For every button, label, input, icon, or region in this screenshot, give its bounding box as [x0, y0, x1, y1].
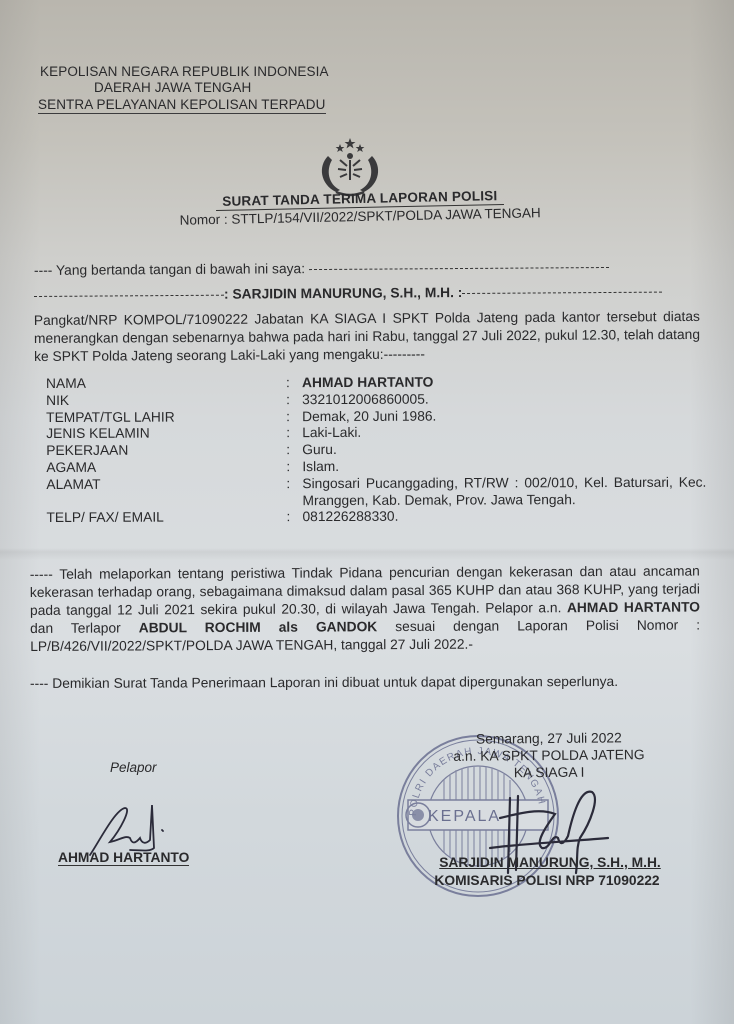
report-paragraph: ----- Telah melaporkan tentang peristiwa… — [30, 562, 700, 656]
letterhead-unit: SENTRA PELAYANAN KEPOLISAN TERPADU — [38, 97, 326, 114]
identity-row: ALAMAT:Singosari Pucanggading, RT/RW : 0… — [46, 474, 706, 510]
identity-label: TELP/ FAX/ EMAIL — [46, 510, 286, 528]
letterhead-region: DAERAH JAWA TENGAH — [94, 80, 251, 95]
letterhead-institution: KEPOLISAN NEGARA REPUBLIK INDONESIA — [40, 64, 329, 79]
report-text: dan Terlapor — [30, 620, 139, 636]
identity-value: 3321012006860005. — [302, 390, 706, 408]
intro-lead: ---- Yang bertanda tangan di bawah ini s… — [34, 261, 305, 278]
reporter-name: AHMAD HARTANTO — [567, 599, 700, 615]
identity-table: NAMA:AHMAD HARTANTONIK:3321012006860005.… — [46, 374, 707, 527]
identity-value: Demak, 20 Juni 1986. — [302, 407, 706, 425]
identity-value: Laki-Laki. — [302, 424, 706, 442]
document-heading: SURAT TANDA TERIMA LAPORAN POLISI Nomor … — [150, 186, 571, 229]
identity-label: JENIS KELAMIN — [46, 426, 286, 444]
identity-value: Islam. — [302, 458, 706, 476]
identity-colon: : — [286, 392, 302, 409]
identity-row: TELP/ FAX/ EMAIL:081226288330. — [46, 508, 706, 527]
reported-name: ABDUL ROCHIM als GANDOK — [139, 619, 378, 635]
identity-label: NIK — [46, 392, 286, 410]
dashed-fill — [34, 295, 224, 297]
identity-label: NAMA — [46, 375, 286, 393]
intro-paragraph: Pangkat/NRP KOMPOL/71090222 Jabatan KA S… — [34, 308, 700, 366]
identity-label: ALAMAT — [46, 476, 286, 510]
identity-colon: : — [286, 442, 302, 459]
identity-colon: : — [286, 375, 302, 392]
closing-statement: ---- Demikian Surat Tanda Penerimaan Lap… — [30, 673, 690, 693]
identity-value: AHMAD HARTANTO — [302, 374, 706, 392]
on-behalf-of: a.n. KA SPKT POLDA JATENG — [414, 746, 684, 765]
identity-value: 081226288330. — [302, 508, 706, 526]
dashed-fill — [309, 267, 609, 270]
identity-label: AGAMA — [46, 459, 286, 477]
identity-colon: : — [286, 476, 302, 510]
signer-rank: KOMISARIS POLISI NRP 71090222 — [416, 873, 678, 888]
identity-value: Guru. — [302, 441, 706, 459]
identity-colon: : — [286, 509, 302, 526]
officer-line: : SARJIDIN MANURUNG, S.H., M.H. : — [34, 283, 674, 305]
intro-line: ---- Yang bertanda tangan di bawah ini s… — [34, 258, 634, 280]
identity-label: TEMPAT/TGL LAHIR — [46, 409, 286, 427]
identity-value: Singosari Pucanggading, RT/RW : 002/010,… — [302, 474, 706, 509]
reporter-signature-name: AHMAD HARTANTO — [58, 850, 189, 866]
reporter-label: Pelapor — [110, 760, 157, 775]
identity-colon: : — [286, 409, 302, 426]
identity-colon: : — [286, 425, 302, 442]
dashed-fill — [462, 291, 662, 293]
identity-label: PEKERJAAN — [46, 442, 286, 460]
signature-block-officer: Semarang, 27 Juli 2022 a.n. KA SPKT POLD… — [414, 729, 684, 782]
officer-name: : SARJIDIN MANURUNG, S.H., M.H. : — [224, 285, 462, 302]
signer-name: SARJIDIN MANURUNG, S.H., M.H. — [420, 855, 680, 870]
identity-colon: : — [286, 459, 302, 476]
